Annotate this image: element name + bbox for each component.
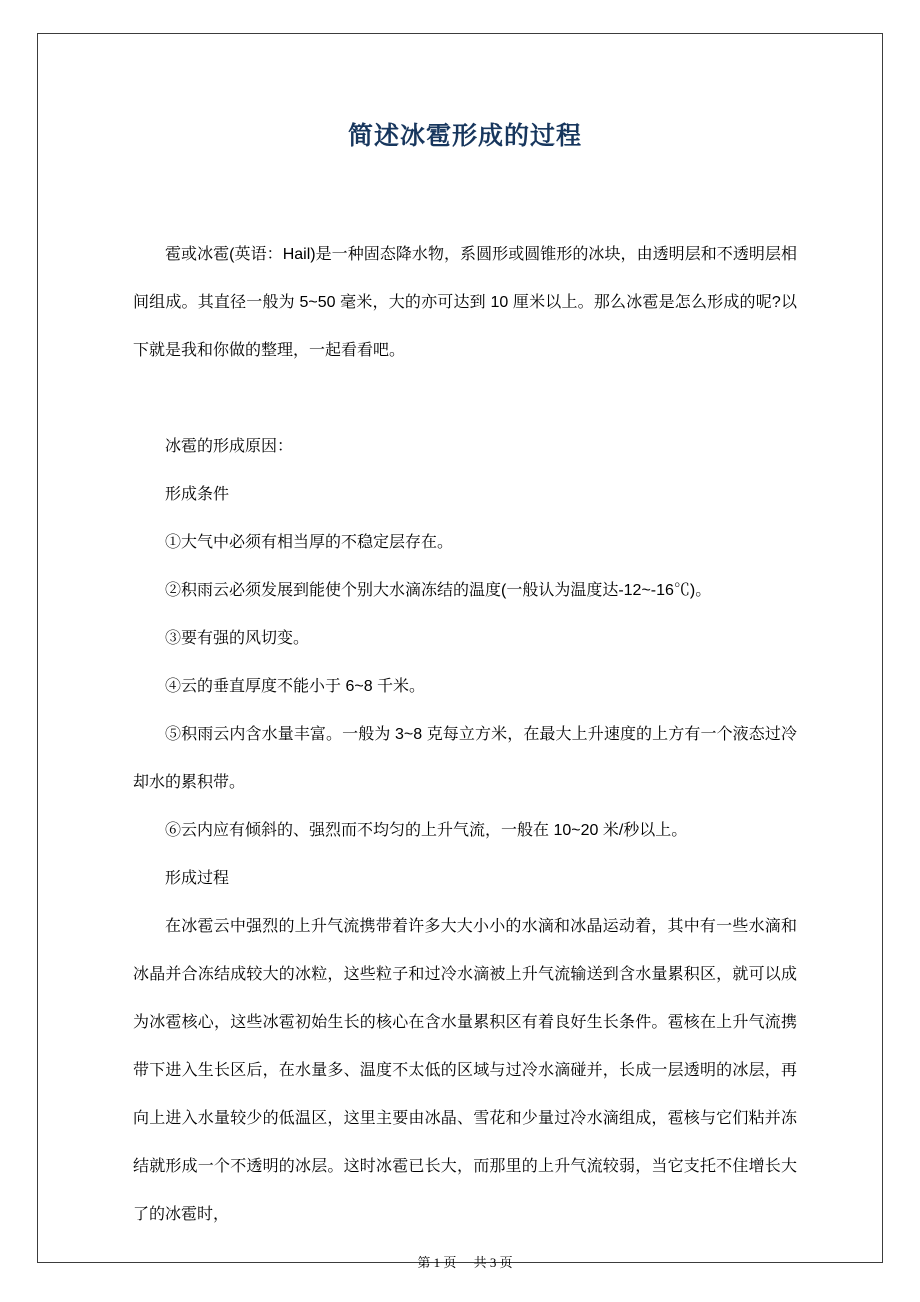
condition-item-3: ③要有强的风切变。	[133, 615, 797, 663]
condition-item-5: ⑤积雨云内含水量丰富。一般为 3~8 克每立方米，在最大上升速度的上方有一个液态…	[133, 711, 797, 807]
condition-item-4: ④云的垂直厚度不能小于 6~8 千米。	[133, 663, 797, 711]
intro-paragraph: 雹或冰雹(英语：Hail)是一种固态降水物，系圆形或圆锥形的冰块，由透明层和不透…	[133, 231, 797, 375]
condition-item-2: ②积雨云必须发展到能使个别大水滴冻结的温度(一般认为温度达-12~-16℃)。	[133, 567, 797, 615]
process-paragraph: 在冰雹云中强烈的上升气流携带着许多大大小小的水滴和冰晶运动着，其中有一些水滴和冰…	[133, 903, 797, 1239]
footer-total-pages: 共 3 页	[474, 1255, 513, 1271]
footer-current-page: 第 1 页	[417, 1255, 456, 1271]
section-heading-cause: 冰雹的形成原因：	[133, 423, 797, 471]
subheading-process: 形成过程	[133, 855, 797, 903]
page-footer: 第 1 页 共 3 页	[133, 1255, 797, 1271]
subheading-conditions: 形成条件	[133, 471, 797, 519]
condition-item-1: ①大气中必须有相当厚的不稳定层存在。	[133, 519, 797, 567]
document-content: 简述冰雹形成的过程 雹或冰雹(英语：Hail)是一种固态降水物，系圆形或圆锥形的…	[133, 33, 797, 1271]
condition-item-6: ⑥云内应有倾斜的、强烈而不均匀的上升气流，一般在 10~20 米/秒以上。	[133, 807, 797, 855]
document-title: 简述冰雹形成的过程	[133, 121, 797, 151]
